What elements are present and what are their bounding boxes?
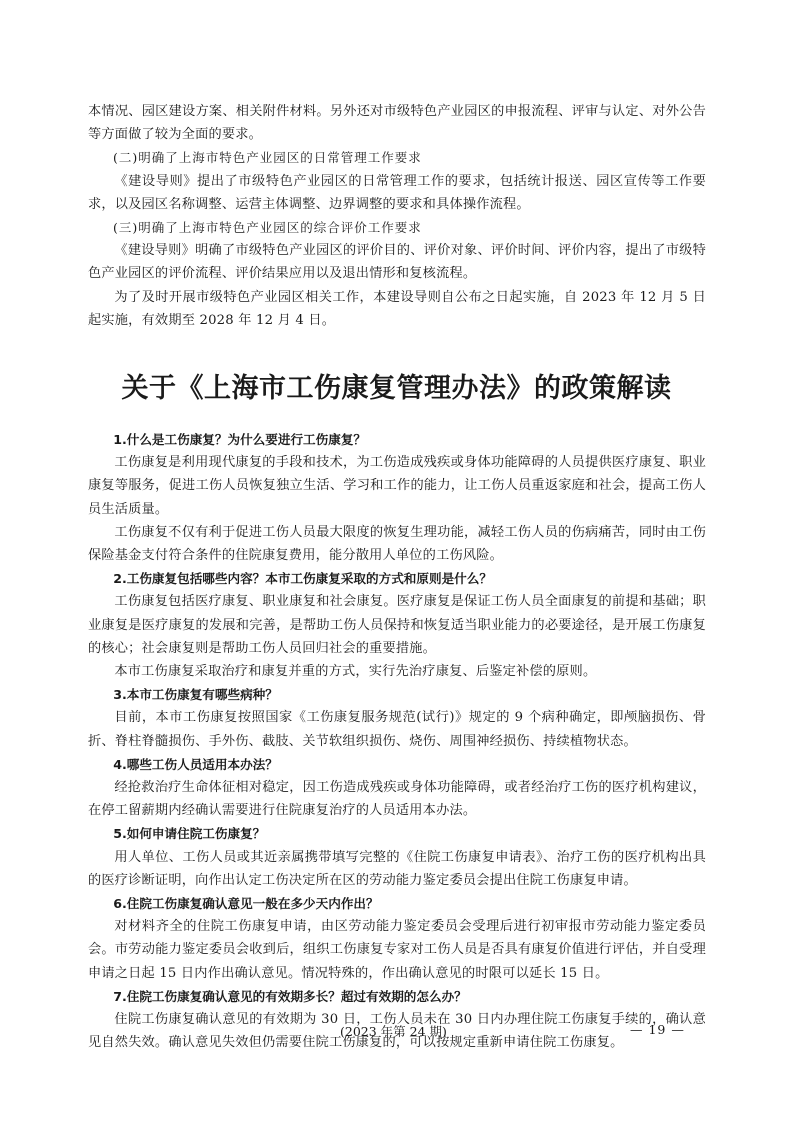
qa-section: 1.什么是工伤康复？为什么要进行工伤康复？ 工伤康复是利用现代康复的手段和技术，…: [88, 428, 706, 1054]
answer-1-1: 工伤康复是利用现代康复的手段和技术，为工伤造成残疾或身体功能障碍的人员提供医疗康…: [88, 451, 706, 521]
answer-2-1: 工伤康复包括医疗康复、职业康复和社会康复。医疗康复是保证工伤人员全面康复的前提和…: [88, 590, 706, 660]
subheading-3-body: 《建设导则》明确了市级特色产业园区的评价目的、评价对象、评价时间、评价内容，提出…: [88, 239, 706, 285]
subheading-2: (二)明确了上海市特色产业园区的日常管理工作要求: [88, 146, 706, 169]
answer-2-2: 本市工伤康复采取治疗和康复并重的方式，实行先治疗康复、后鉴定补偿的原则。: [88, 660, 706, 683]
answer-6-1: 对材料齐全的住院工伤康复申请，由区劳动能力鉴定委员会受理后进行初审报市劳动能力鉴…: [88, 915, 706, 985]
issue-label: (2023 年第 24 期): [340, 1022, 447, 1040]
question-1: 1.什么是工伤康复？为什么要进行工伤康复？: [88, 428, 706, 451]
question-4: 4.哪些工伤人员适用本办法？: [88, 753, 706, 776]
subheading-3: (三)明确了上海市特色产业园区的综合评价工作要求: [88, 216, 706, 239]
top-section: 本情况、园区建设方案、相关附件材料。另外还对市级特色产业园区的申报流程、评审与认…: [88, 100, 706, 332]
question-5: 5.如何申请住院工伤康复？: [88, 822, 706, 845]
answer-1-2: 工伤康复不仅有利于促进工伤人员最大限度的恢复生理功能，减轻工伤人员的伤病痛苦，同…: [88, 521, 706, 567]
question-3: 3.本市工伤康复有哪些病种？: [88, 683, 706, 706]
question-7: 7.住院工伤康复确认意见的有效期多长？超过有效期的怎么办？: [88, 985, 706, 1008]
answer-4-1: 经抢救治疗生命体征相对稳定，因工伤造成残疾或身体功能障碍，或者经治疗工伤的医疗机…: [88, 776, 706, 822]
page-number: — 19 —: [630, 1022, 685, 1037]
subheading-2-body: 《建设导则》提出了市级特色产业园区的日常管理工作的要求，包括统计报送、园区宣传等…: [88, 170, 706, 216]
article-title: 关于《上海市工伤康复管理办法》的政策解读: [0, 366, 793, 405]
question-2: 2.工伤康复包括哪些内容？本市工伤康复采取的方式和原则是什么？: [88, 567, 706, 590]
answer-5-1: 用人单位、工伤人员或其近亲属携带填写完整的《住院工伤康复申请表》、治疗工伤的医疗…: [88, 846, 706, 892]
continued-paragraph: 本情况、园区建设方案、相关附件材料。另外还对市级特色产业园区的申报流程、评审与认…: [88, 100, 706, 146]
closing-paragraph: 为了及时开展市级特色产业园区相关工作，本建设导则自公布之日起实施，自 2023 …: [88, 286, 706, 332]
question-6: 6.住院工伤康复确认意见一般在多少天内作出？: [88, 892, 706, 915]
answer-3-1: 目前，本市工伤康复按照国家《工伤康复服务规范(试行)》规定的 9 个病种确定，即…: [88, 706, 706, 752]
